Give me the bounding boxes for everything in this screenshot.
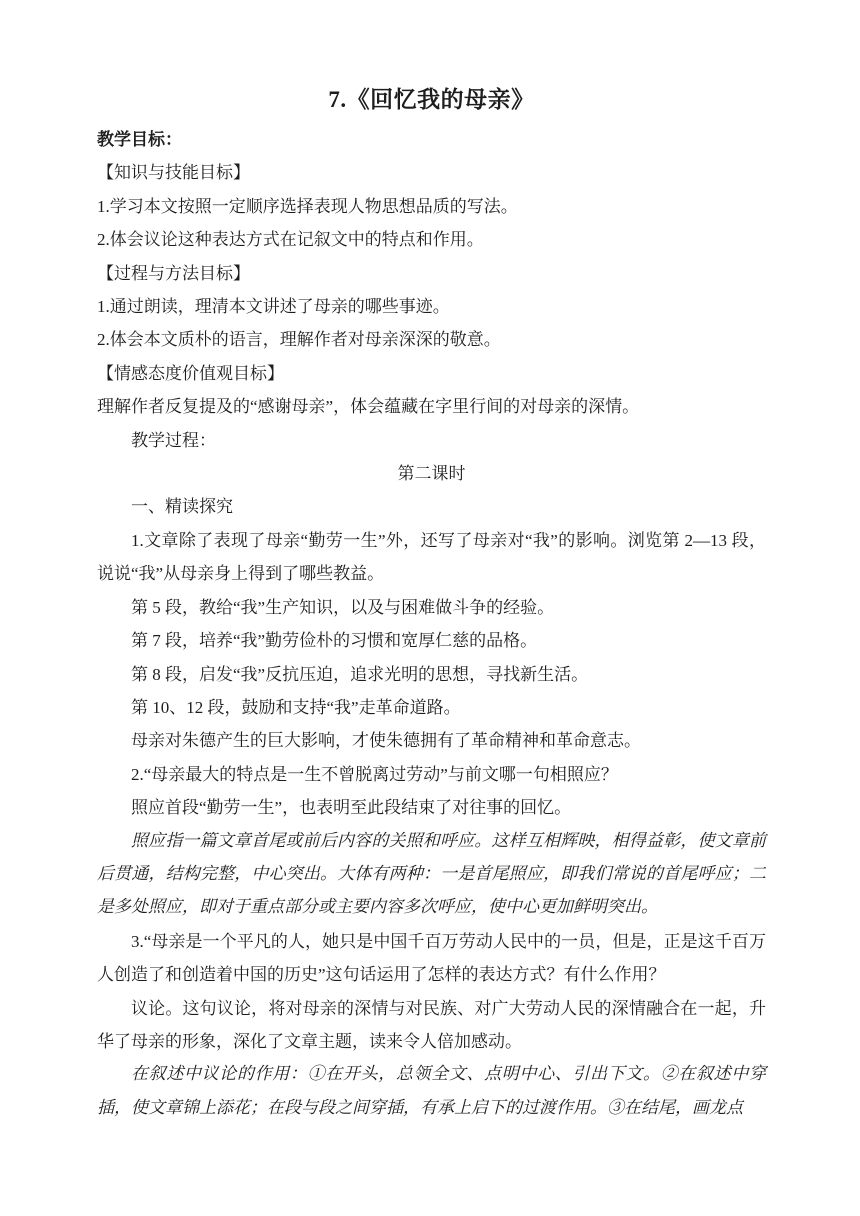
note-on-echoing-technique: 照应指一篇文章首尾或前后内容的关照和呼应。这样互相辉映，相得益彰，使文章前后贯通… xyxy=(97,825,766,925)
answer-3: 议论。这句议论，将对母亲的深情与对民族、对广大劳动人民的深情融合在一起，升华了母… xyxy=(97,992,766,1059)
question-1: 1.文章除了表现了母亲“勤劳一生”外，还写了母亲对“我”的影响。浏览第 2—13… xyxy=(97,524,766,591)
answer-1-paragraph-10-12: 第 10、12 段，鼓励和支持“我”走革命道路。 xyxy=(97,691,766,724)
answer-1-paragraph-7: 第 7 段，培养“我”勤劳俭朴的习惯和宽厚仁慈的品格。 xyxy=(97,624,766,657)
answer-1-paragraph-5: 第 5 段，教给“我”生产知识，以及与困难做斗争的经验。 xyxy=(97,591,766,624)
page-title: 7.《回忆我的母亲》 xyxy=(97,84,766,116)
question-3: 3.“母亲是一个平凡的人，她只是中国千百万劳动人民中的一员，但是，正是这千百万人… xyxy=(97,925,766,992)
section-heading-close-reading: 一、精读探究 xyxy=(97,490,766,523)
answer-2: 照应首段“勤劳一生”，也表明至此段结束了对往事的回忆。 xyxy=(97,791,766,824)
knowledge-skills-heading: 【知识与技能目标】 xyxy=(97,156,766,189)
process-goal-item-1: 1.通过朗读，理清本文讲述了母亲的哪些事迹。 xyxy=(97,290,766,323)
answer-1-summary: 母亲对朱德产生的巨大影响，才使朱德拥有了革命精神和革命意志。 xyxy=(97,724,766,757)
knowledge-goal-item-1: 1.学习本文按照一定顺序选择表现人物思想品质的写法。 xyxy=(97,190,766,223)
teaching-process-label: 教学过程： xyxy=(97,424,766,457)
teaching-goals-heading: 教学目标： xyxy=(97,123,766,156)
process-method-heading: 【过程与方法目标】 xyxy=(97,257,766,290)
note-on-discussion-in-narration: 在叙述中议论的作用：①在开头，总领全文、点明中心、引出下文。②在叙述中穿插，使文… xyxy=(97,1058,766,1125)
emotion-values-heading: 【情感态度价值观目标】 xyxy=(97,357,766,390)
emotion-values-text: 理解作者反复提及的“感谢母亲”，体会蕴藏在字里行间的对母亲的深情。 xyxy=(97,390,766,423)
document-page: 7.《回忆我的母亲》 教学目标： 【知识与技能目标】 1.学习本文按照一定顺序选… xyxy=(0,0,860,1216)
knowledge-goal-item-2: 2.体会议论这种表达方式在记叙文中的特点和作用。 xyxy=(97,223,766,256)
question-2: 2.“母亲最大的特点是一生不曾脱离过劳动”与前文哪一句相照应？ xyxy=(97,758,766,791)
lesson-session-heading: 第二课时 xyxy=(97,457,766,490)
answer-1-paragraph-8: 第 8 段，启发“我”反抗压迫，追求光明的思想，寻找新生活。 xyxy=(97,658,766,691)
process-goal-item-2: 2.体会本文质朴的语言，理解作者对母亲深深的敬意。 xyxy=(97,323,766,356)
